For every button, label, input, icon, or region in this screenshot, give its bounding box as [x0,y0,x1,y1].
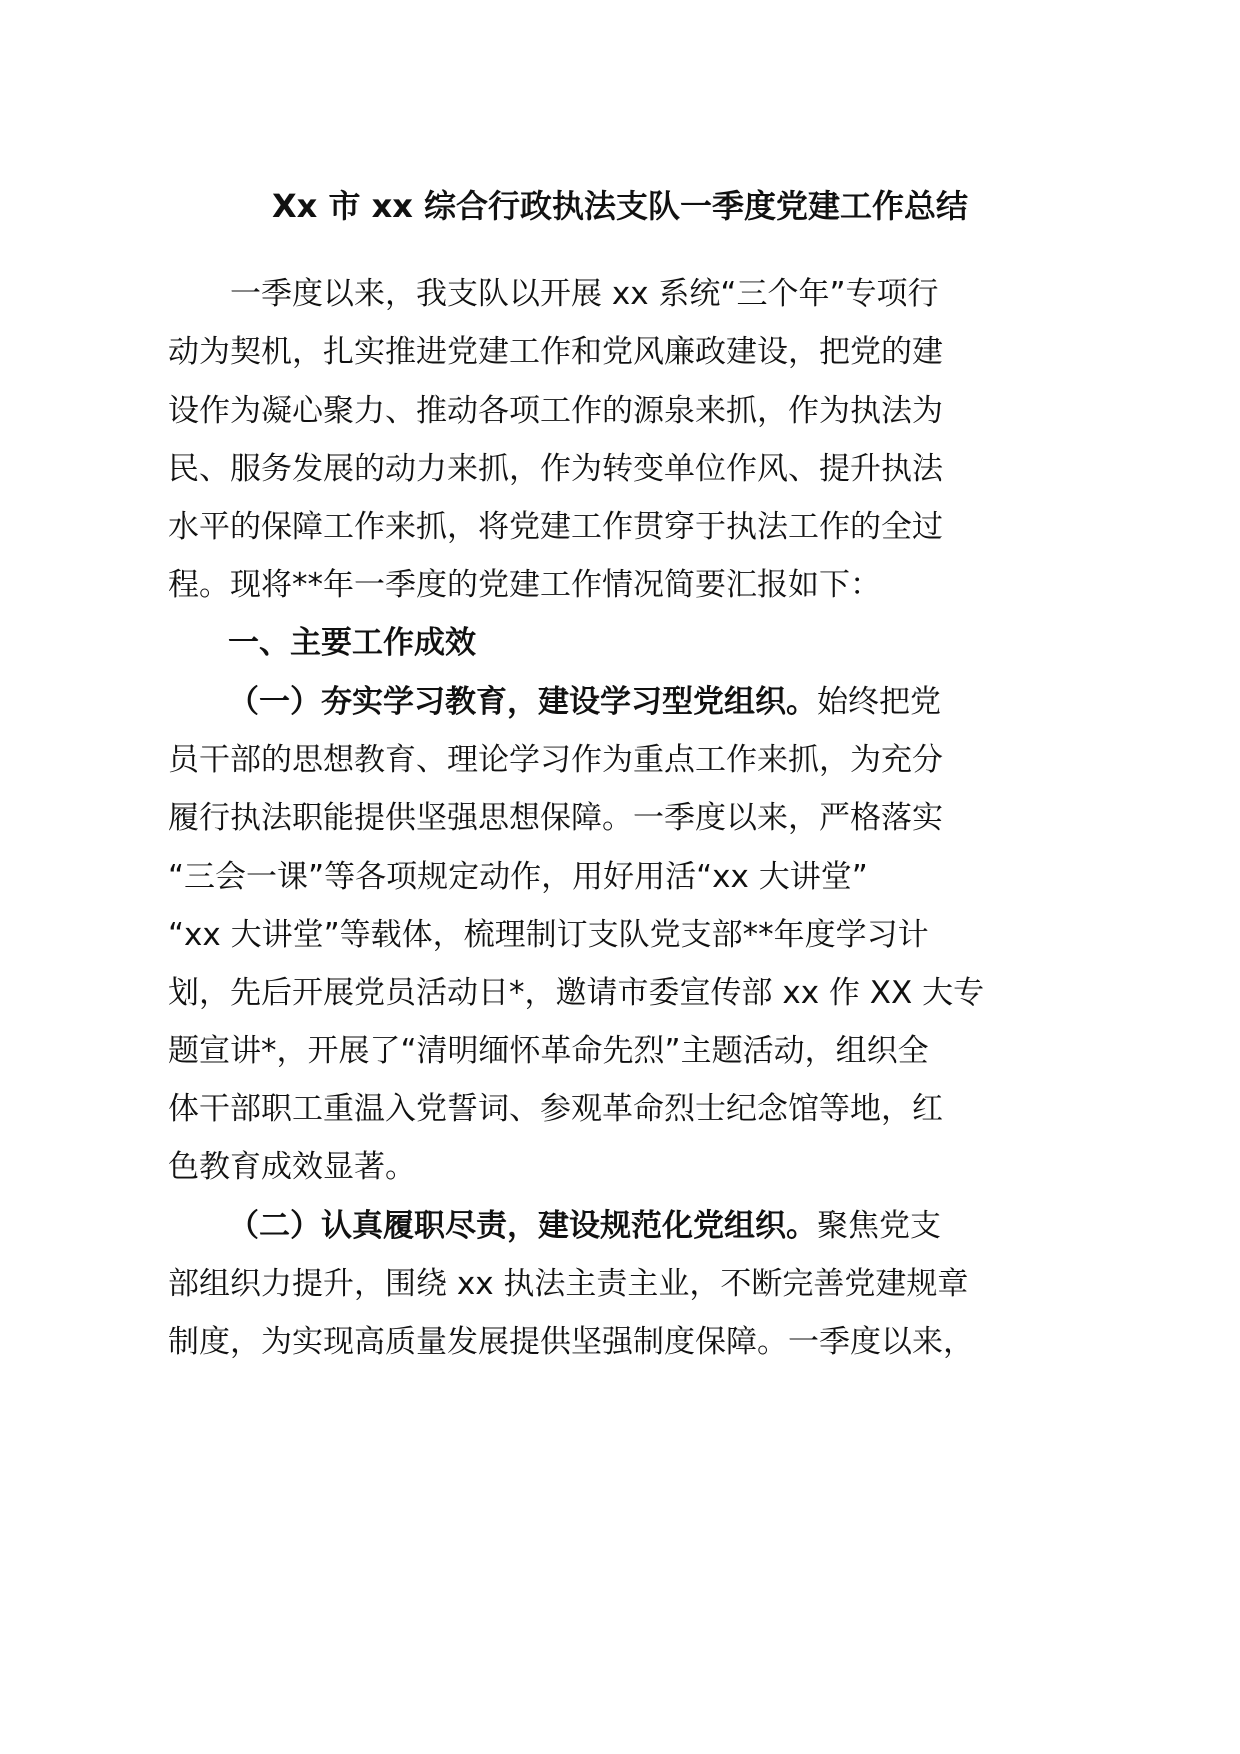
subsection-1-line: 履行执法职能提供坚强思想保障。一季度以来，严格落实 [168,796,943,840]
subsection-1-line: 题宣讲*，开展了“清明缅怀革命先烈”主题活动，组织全 [168,1029,929,1073]
subsection-1-line: 体干部职工重温入党誓词、参观革命烈士纪念馆等地，红 [168,1087,943,1131]
intro-line-6: 程。现将**年一季度的党建工作情况简要汇报如下： [168,563,881,607]
subsection-2-line: 部组织力提升，围绕 xx 执法主责主业，不断完善党建规章 [168,1262,968,1306]
intro-line-1: 一季度以来，我支队以开展 xx 系统“三个年”专项行 [230,272,939,316]
subsection-1-line: “xx 大讲堂”等载体，梳理制订支队党支部**年度学习计 [168,913,929,957]
subsection-2-first-line: （二）认真履职尽责，建设规范化党组织。聚焦党支 [228,1204,941,1248]
subsection-1-lead-text: 始终把党 [817,684,941,720]
subsection-2-lead-text: 聚焦党支 [817,1208,941,1244]
document-title: Xx 市 xx 综合行政执法支队一季度党建工作总结 [0,182,1240,230]
intro-line-4: 民、服务发展的动力来抓，作为转变单位作风、提升执法 [168,447,943,491]
subsection-1-first-line: （一）夯实学习教育，建设学习型党组织。始终把党 [228,680,941,724]
intro-line-3: 设作为凝心聚力、推动各项工作的源泉来抓，作为执法为 [168,389,943,433]
subsection-2-line: 制度，为实现高质量发展提供坚强制度保障。一季度以来， [168,1320,974,1364]
subsection-1-line: 色教育成效显著。 [168,1145,416,1189]
section-heading: 一、主要工作成效 [228,621,476,665]
subsection-1-heading: （一）夯实学习教育，建设学习型党组织。 [228,684,817,720]
subsection-2-heading: （二）认真履职尽责，建设规范化党组织。 [228,1208,817,1244]
intro-line-5: 水平的保障工作来抓，将党建工作贯穿于执法工作的全过 [168,505,943,549]
intro-line-2: 动为契机，扎实推进党建工作和党风廉政建设，把党的建 [168,330,943,374]
document-page: Xx 市 xx 综合行政执法支队一季度党建工作总结 一季度以来，我支队以开展 x… [0,0,1240,1754]
subsection-1-line: 划，先后开展党员活动日*，邀请市委宣传部 xx 作 XX 大专 [168,971,984,1015]
subsection-1-line: “三会一课”等各项规定动作，用好用活“xx 大讲堂” [168,855,868,899]
subsection-1-line: 员干部的思想教育、理论学习作为重点工作来抓，为充分 [168,738,943,782]
